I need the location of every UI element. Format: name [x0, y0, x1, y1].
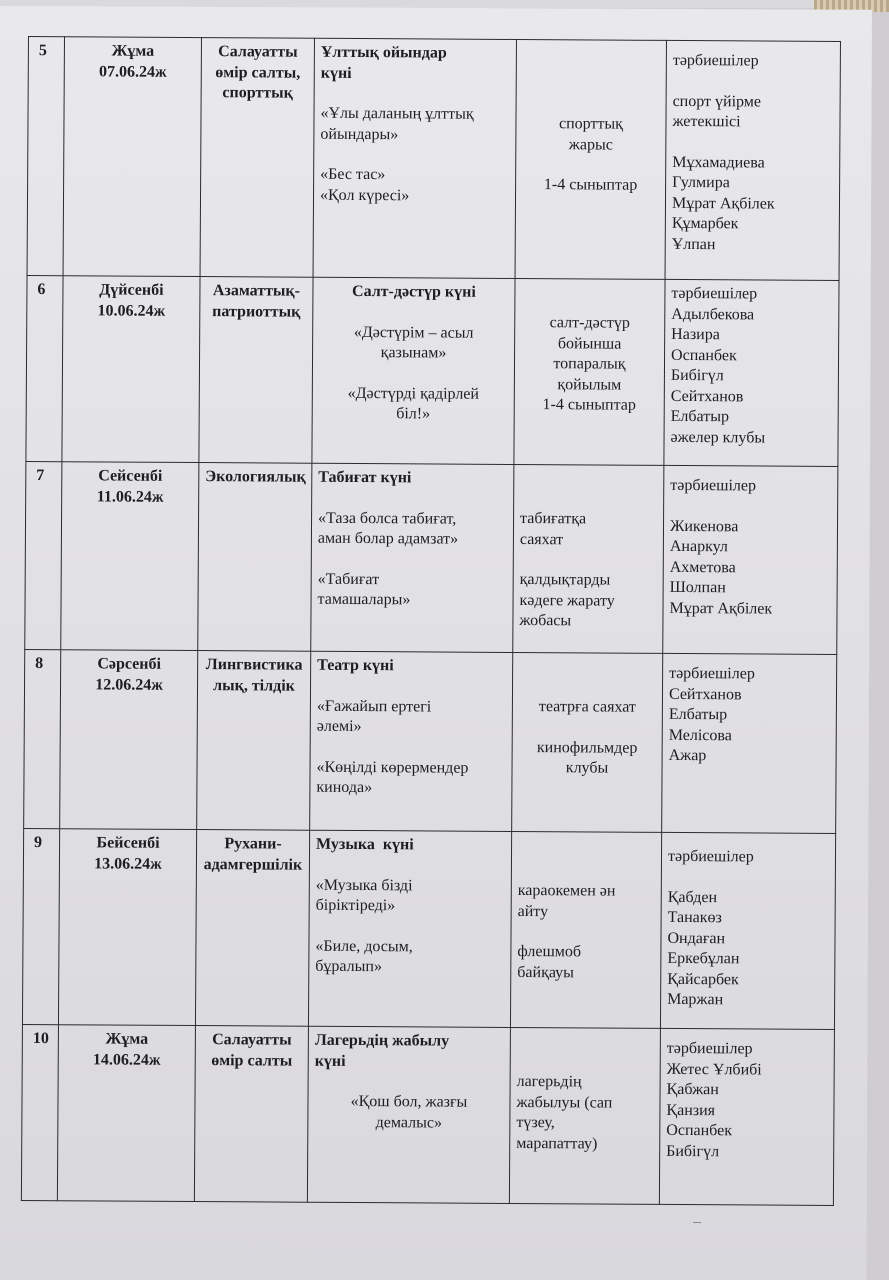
responsible-name: Сейтханов	[671, 386, 832, 407]
responsible-name: Елбатыр	[669, 705, 830, 726]
spacer	[673, 71, 834, 92]
form-text: театрға саяхат	[519, 697, 656, 718]
table-row: 7Сейсенбі11.06.24жЭкологиялықТабиғат күн…	[25, 461, 838, 654]
responsible-name: Құмарбек	[672, 214, 833, 235]
event-item-line: «Музыка бізді	[316, 875, 505, 897]
weekday: Жұма	[71, 41, 195, 62]
date: 13.06.24ж	[66, 854, 190, 875]
weekday: Сейсенбі	[68, 466, 192, 487]
spacer	[320, 145, 509, 166]
form-text: флешмоб	[517, 942, 654, 963]
spacer	[519, 718, 656, 739]
form-text: 1-4 сыныптар	[522, 175, 659, 196]
form-text: лагерьдің	[517, 1072, 654, 1093]
form-text: айту	[518, 902, 655, 923]
responsible-name: Анаркул	[670, 537, 831, 558]
event-title: Табиғат күні	[318, 468, 507, 490]
weekday: Сәрсенбі	[67, 654, 191, 675]
weekday: Жұма	[65, 1029, 189, 1050]
table-row: 6Дүйсенбі10.06.24жАзаматтық-патриоттықСа…	[26, 275, 839, 466]
event-item-line: «Көңілді көрермендер	[316, 757, 505, 779]
responsible-name: Бибігүл	[671, 366, 832, 387]
responsible-name: Қабден	[668, 887, 829, 908]
row-number: 8	[35, 654, 54, 675]
event-title-line: Музыка күні	[316, 835, 505, 857]
cell-day-date: Жұма14.06.24ж	[57, 1025, 195, 1202]
responsible-name: Жикенова	[670, 516, 831, 537]
event-title-line: Театр күні	[317, 656, 506, 678]
event-title: Театр күні	[317, 656, 506, 678]
event-item-line: демалыс»	[314, 1112, 503, 1134]
row-number: 9	[34, 833, 53, 854]
event-title-line: күні	[321, 63, 510, 85]
direction-text: Салауатты	[208, 42, 308, 63]
form-text: спорттық	[522, 114, 659, 135]
event-item-line: аман болар адамзат»	[318, 529, 507, 551]
cell-event: Лагерьдің жабылукүні«Қош бол, жазғыдемал…	[307, 1026, 510, 1203]
direction-text: Лингвистика	[204, 655, 304, 676]
responsible-name: Шолпан	[670, 578, 831, 599]
event-item-line: «Дәстүрім – асыл	[319, 322, 508, 344]
spacer	[670, 496, 831, 517]
responsible-name: Жетес Ұлбибі	[667, 1059, 828, 1080]
cell-direction: Лингвистикалық, тілдік	[197, 651, 311, 831]
event-item-line: біл!»	[319, 404, 508, 426]
cell-responsible: тәрбиешілерЖетес ҰлбибіҚабжанҚанзияОспан…	[659, 1028, 834, 1205]
cell-direction: Рухани-адамгершілік	[195, 830, 309, 1027]
cell-direction: Экологиялық	[198, 463, 312, 652]
direction-text: өмір салты,	[208, 63, 308, 84]
event-item-line: «Биле, досым,	[315, 936, 504, 958]
direction-text: спорттық	[208, 83, 308, 104]
responsible-name: әжелер клубы	[670, 427, 831, 448]
form-text: клубы	[518, 758, 655, 779]
stray-mark	[693, 1222, 701, 1223]
event-items: «Таза болса табиғат,аман болар адамзат»«…	[317, 508, 507, 611]
cell-day-date: Бейсенбі13.06.24ж	[58, 829, 196, 1026]
spacer	[517, 922, 654, 943]
cell-form: лагерьдіңжабылуы (саптүзеу,марапаттау)	[509, 1027, 660, 1204]
table-row: 9Бейсенбі13.06.24жРухани-адамгершілікМуз…	[22, 828, 835, 1029]
responsible-name: Ахметова	[670, 557, 831, 578]
form-text: түзеу,	[516, 1113, 653, 1134]
spacer	[319, 363, 508, 384]
responsible-name: Бибігүл	[666, 1141, 827, 1162]
responsible-name: спорт үйірме	[673, 91, 834, 112]
cell-form: караокемен әнайтуфлешмоббайқауы	[510, 831, 661, 1028]
cell-event: Салт-дәстүр күні«Дәстүрім – асылқазынам»…	[312, 277, 515, 464]
cell-event: Ұлттық ойындаркүні«Ұлы даланың ұлттықойы…	[313, 38, 516, 278]
responsible-name: Оспанбек	[671, 345, 832, 366]
responsible-name: тәрбиешілер	[667, 1039, 828, 1060]
event-title: Лагерьдің жабылукүні	[315, 1031, 504, 1073]
cell-event: Табиғат күні«Таза болса табиғат,аман бол…	[311, 463, 514, 652]
form-text: жобасы	[519, 611, 656, 632]
form-text: топаралық	[521, 354, 658, 375]
form-text: қойылым	[521, 375, 658, 396]
cell-day-date: Сәрсенбі12.06.24ж	[60, 650, 198, 830]
cell-number: 5	[27, 37, 64, 276]
table-row: 5Жұма07.06.24жСалауаттыөмір салты,спортт…	[27, 37, 840, 281]
event-title: Ұлттық ойындаркүні	[321, 43, 510, 85]
responsible-name: Гулмира	[672, 173, 833, 194]
cell-form: табиғатқасаяхатқалдықтардыкәдеге жаратуж…	[513, 464, 664, 653]
responsible-name: Мұрат Ақбілек	[669, 598, 830, 619]
cell-number: 9	[22, 828, 59, 1024]
table-row: 10Жұма14.06.24жСалауаттыөмір салтыЛагерь…	[21, 1024, 834, 1205]
event-item-line: «Бес тас»	[320, 165, 509, 187]
event-items: «Музыка біздібіріктіреді»«Биле, досым,бұ…	[315, 875, 505, 978]
spacer	[318, 549, 507, 570]
event-item-line: «Ұлы даланың ұлттық	[320, 104, 509, 126]
cell-number: 7	[25, 461, 62, 649]
date: 07.06.24ж	[71, 62, 195, 83]
event-item-line: «Қош бол, жазғы	[314, 1092, 503, 1114]
cell-direction: Салауаттыөмір салты,спорттық	[200, 38, 314, 278]
table-row: 8Сәрсенбі12.06.24жЛингвистикалық, тілдік…	[24, 649, 837, 833]
direction-text: адамгершілік	[203, 855, 303, 876]
event-title-line: Табиғат күні	[318, 468, 507, 490]
cell-event: Музыка күні«Музыка біздібіріктіреді»«Бил…	[308, 830, 511, 1027]
event-items: «Қош бол, жазғыдемалыс»	[314, 1092, 503, 1134]
spacer	[520, 550, 657, 571]
cell-day-date: Дүйсенбі10.06.24ж	[62, 276, 200, 463]
responsible-name: Ұлпан	[672, 234, 833, 255]
responsible-name: Оспанбек	[666, 1121, 827, 1142]
cell-responsible: тәрбиешілерспорт үйірмежетекшісіМұхамади…	[665, 40, 840, 280]
cell-direction: Салауаттыөмір салты	[194, 1026, 308, 1203]
event-title-line: Лагерьдің жабылу	[315, 1031, 504, 1053]
row-number: 7	[36, 466, 55, 487]
responsible-name: Маржан	[667, 990, 828, 1011]
form-text: караокемен ән	[518, 881, 655, 902]
date: 14.06.24ж	[65, 1050, 189, 1071]
event-item-line: «Ғажайып ертегі	[317, 696, 506, 718]
event-title-line: күні	[315, 1051, 504, 1073]
direction-text: патриоттық	[206, 302, 306, 323]
event-item-line: «Таза болса табиғат,	[318, 508, 507, 530]
cell-responsible: тәрбиешілерАдылбековаНазираОспанбекБибіг…	[664, 279, 839, 466]
form-text: бойынша	[521, 334, 658, 355]
event-title-line: Салт-дәстүр күні	[319, 282, 508, 304]
responsible-name: Қайсарбек	[667, 969, 828, 990]
responsible-name: Адылбекова	[671, 304, 832, 325]
direction-text: Экологиялық	[205, 467, 305, 488]
spacer	[317, 737, 506, 758]
responsible-name: тәрбиешілер	[670, 476, 831, 497]
responsible-name: Мұхамадиева	[672, 152, 833, 173]
event-item-line: әлемі»	[317, 717, 506, 739]
responsible-name: Сейтханов	[669, 684, 830, 705]
row-number: 10	[33, 1029, 52, 1050]
cell-number: 6	[26, 275, 63, 461]
cell-number: 10	[21, 1024, 58, 1200]
cell-responsible: тәрбиешілерЖикеноваАнаркулАхметоваШолпан…	[663, 465, 838, 654]
event-item-line: қазынам»	[319, 343, 508, 365]
form-text: қалдықтарды	[520, 570, 657, 591]
form-text: салт-дәстүр	[521, 313, 658, 334]
form-text: марапаттау)	[516, 1134, 653, 1155]
row-number: 5	[39, 41, 58, 62]
form-text: жабылуы (сап	[516, 1093, 653, 1114]
weekday: Дүйсенбі	[69, 280, 193, 301]
responsible-name: Мұрат Ақбілек	[672, 193, 833, 214]
cell-direction: Азаматтық-патриоттық	[199, 277, 313, 464]
form-text: жарыс	[522, 135, 659, 156]
responsible-name: жетекшісі	[672, 112, 833, 133]
responsible-name: тәрбиешілер	[671, 284, 832, 305]
responsible-name: тәрбиешілер	[669, 664, 830, 685]
event-item-line: «Дәстүрді қадірлей	[319, 383, 508, 405]
responsible-name: Ажар	[669, 746, 830, 767]
activity-plan-table: 5Жұма07.06.24жСалауаттыөмір салты,спортт…	[21, 36, 841, 1206]
responsible-name: Қабжан	[667, 1080, 828, 1101]
cell-day-date: Жұма07.06.24ж	[63, 37, 201, 277]
responsible-name: Еркебұлан	[667, 949, 828, 970]
event-item-line: «Табиғат	[318, 569, 507, 591]
responsible-name: Елбатыр	[671, 407, 832, 428]
cell-responsible: тәрбиешілерСейтхановЕлбатырМелісоваАжар	[662, 653, 837, 833]
responsible-name: тәрбиешілер	[673, 51, 834, 72]
date: 11.06.24ж	[68, 487, 192, 508]
event-title-line: Ұлттық ойындар	[321, 43, 510, 65]
event-item-line: бұралып»	[315, 957, 504, 979]
form-text: кинофильмдер	[519, 738, 656, 759]
form-text: байқауы	[517, 963, 654, 984]
spacer	[672, 132, 833, 153]
direction-text: лық, тілдік	[204, 676, 304, 697]
event-title: Салт-дәстүр күні	[319, 282, 508, 304]
weekday: Бейсенбі	[66, 833, 190, 854]
form-text: 1-4 сыныптар	[521, 395, 658, 416]
cell-form: спорттықжарыс1-4 сыныптар	[515, 39, 666, 279]
event-items: «Ғажайып ертегіәлемі»«Көңілді көрерменде…	[316, 696, 506, 799]
cell-number: 8	[24, 649, 61, 828]
cell-form: театрға саяхаткинофильмдерклубы	[512, 652, 663, 832]
responsible-name: тәрбиешілер	[668, 847, 829, 868]
event-item-line: кинода»	[316, 778, 505, 800]
direction-text: өмір салты	[202, 1051, 302, 1072]
responsible-name: Қанзия	[666, 1100, 827, 1121]
event-items: «Дәстүрім – асылқазынам»«Дәстүрді қадірл…	[319, 322, 509, 425]
direction-text: Рухани-	[203, 834, 303, 855]
cell-event: Театр күні«Ғажайып ертегіәлемі»«Көңілді …	[310, 651, 513, 831]
event-item-line: біріктіреді»	[316, 896, 505, 918]
spacer	[668, 867, 829, 888]
event-item-line: ойындары»	[320, 124, 509, 146]
event-title: Музыка күні	[316, 835, 505, 857]
row-number: 6	[37, 280, 56, 301]
spacer	[316, 916, 505, 937]
spacer	[522, 155, 659, 176]
responsible-name: Назира	[671, 325, 832, 346]
event-items: «Ұлы даланың ұлттықойындары»«Бес тас»«Қо…	[320, 104, 510, 207]
date: 10.06.24ж	[69, 301, 193, 322]
date: 12.06.24ж	[67, 675, 191, 696]
form-text: кәдеге жарату	[519, 591, 656, 612]
event-item-line: тамашалары»	[317, 590, 506, 612]
cell-form: салт-дәстүрбойыншатопаралыққойылым1-4 сы…	[514, 278, 665, 465]
form-text: саяхат	[520, 530, 657, 551]
responsible-name: Танакөз	[668, 908, 829, 929]
direction-text: Азаматтық-	[206, 281, 306, 302]
direction-text: Салауатты	[202, 1030, 302, 1051]
cell-responsible: тәрбиешілерҚабденТанакөзОндағанЕркебұлан…	[660, 832, 835, 1029]
responsible-name: Ондаған	[667, 928, 828, 949]
form-text: табиғатқа	[520, 509, 657, 530]
cell-day-date: Сейсенбі11.06.24ж	[61, 462, 199, 651]
event-item-line: «Қол күресі»	[320, 185, 509, 207]
responsible-name: Мелісова	[669, 725, 830, 746]
